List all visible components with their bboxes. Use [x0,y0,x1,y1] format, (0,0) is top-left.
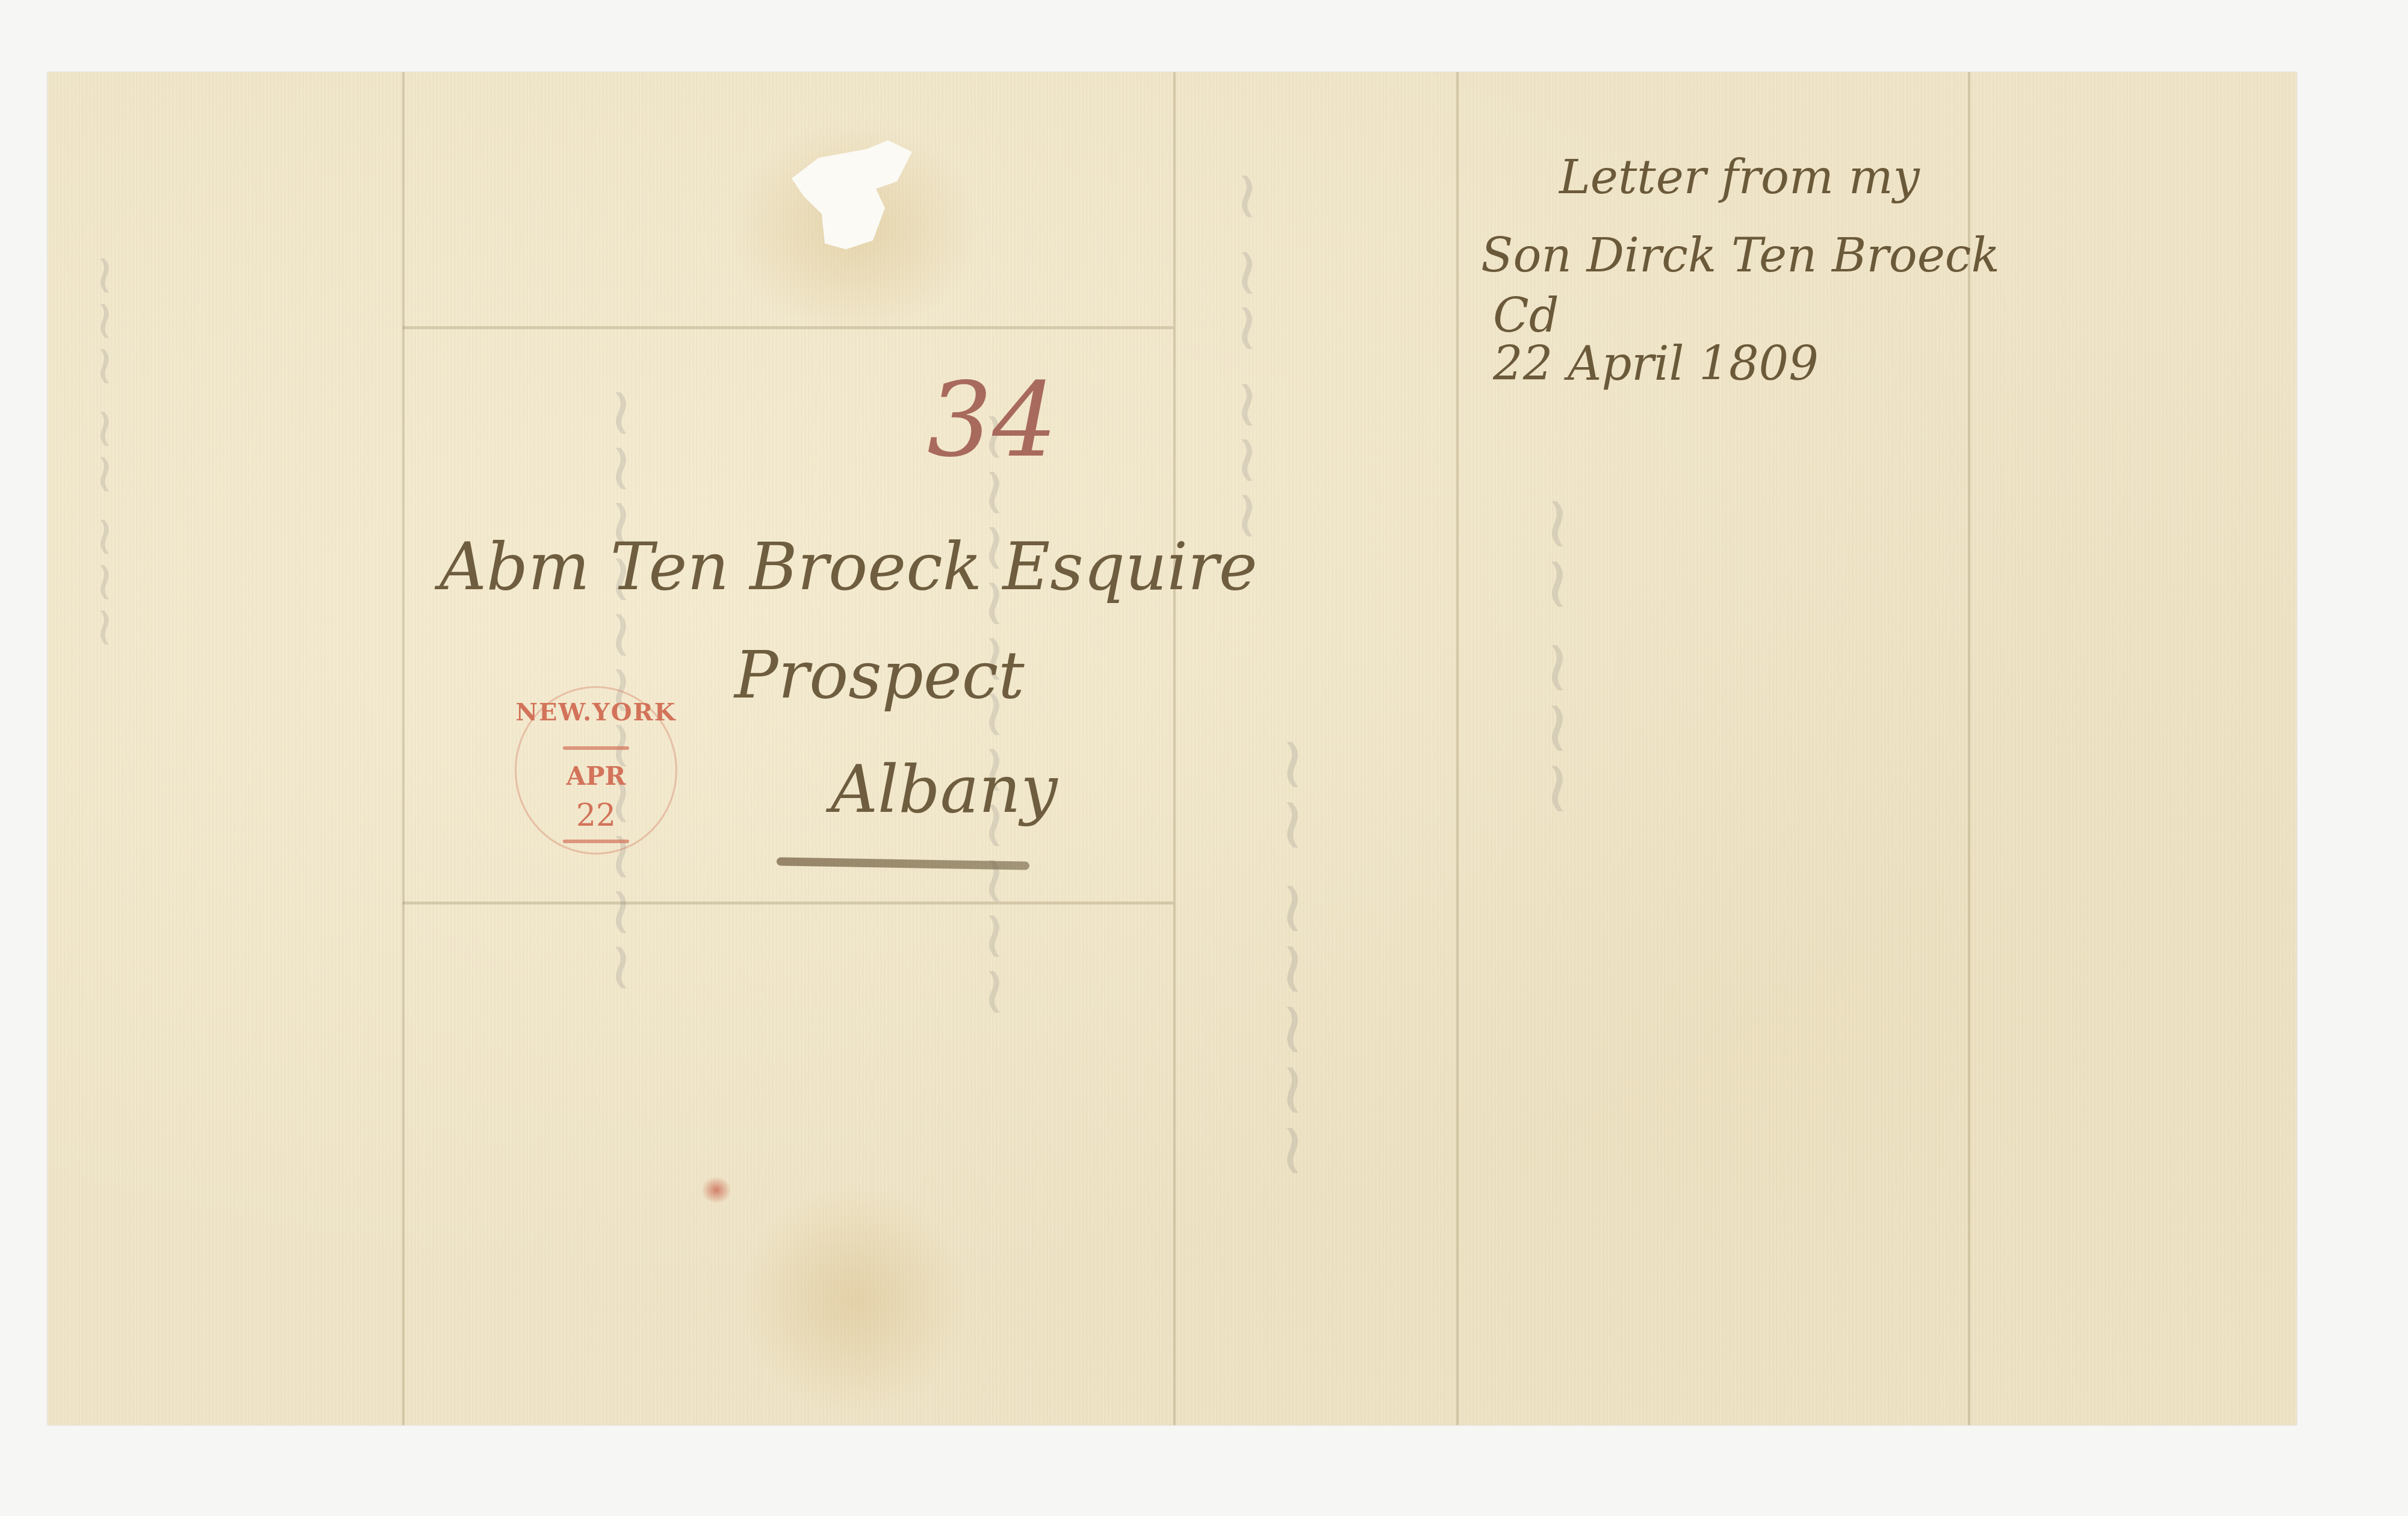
postmark-day: 22 [515,797,677,834]
stain [740,1186,969,1414]
postmark-month: APR [515,761,677,791]
recipient-name: Abm Ten Broeck Esquire [439,530,1258,605]
red-wax-smudge [701,1177,731,1204]
bleed-through-text: ~~ ~~~ [1517,493,1601,819]
bleed-through-text: ~~ ~~~~~ [1252,734,1336,1181]
postmark-rule [563,746,629,750]
fold-line [403,326,1173,329]
docket-line-4: 22 April 1809 [1493,337,1819,391]
fold-line [1173,72,1176,1425]
fold-line [402,72,405,1425]
bleed-through-text: ~~~~~~~~~~~ [958,409,1035,1019]
fold-line [403,902,1173,905]
recipient-city: Albany [831,752,1058,828]
postmark-stamp: NEW.YORK APR 22 [515,686,677,855]
postage-rate-mark: 34 [927,361,1057,480]
recipient-place: Prospect [734,638,1025,713]
bleed-through-text: ~~~ ~~ ~~~ [75,253,138,651]
bleed-through-text: ~ ~~ ~~~ [1211,169,1288,543]
fold-line [1456,72,1459,1425]
postmark-rule [563,840,629,843]
docket-line-2: Son Dirck Ten Broeck [1481,229,2000,283]
docket-line-3: Cd [1493,289,1559,343]
docket-line-1: Letter from my [1559,150,1920,205]
postmark-city: NEW.YORK [515,698,677,726]
